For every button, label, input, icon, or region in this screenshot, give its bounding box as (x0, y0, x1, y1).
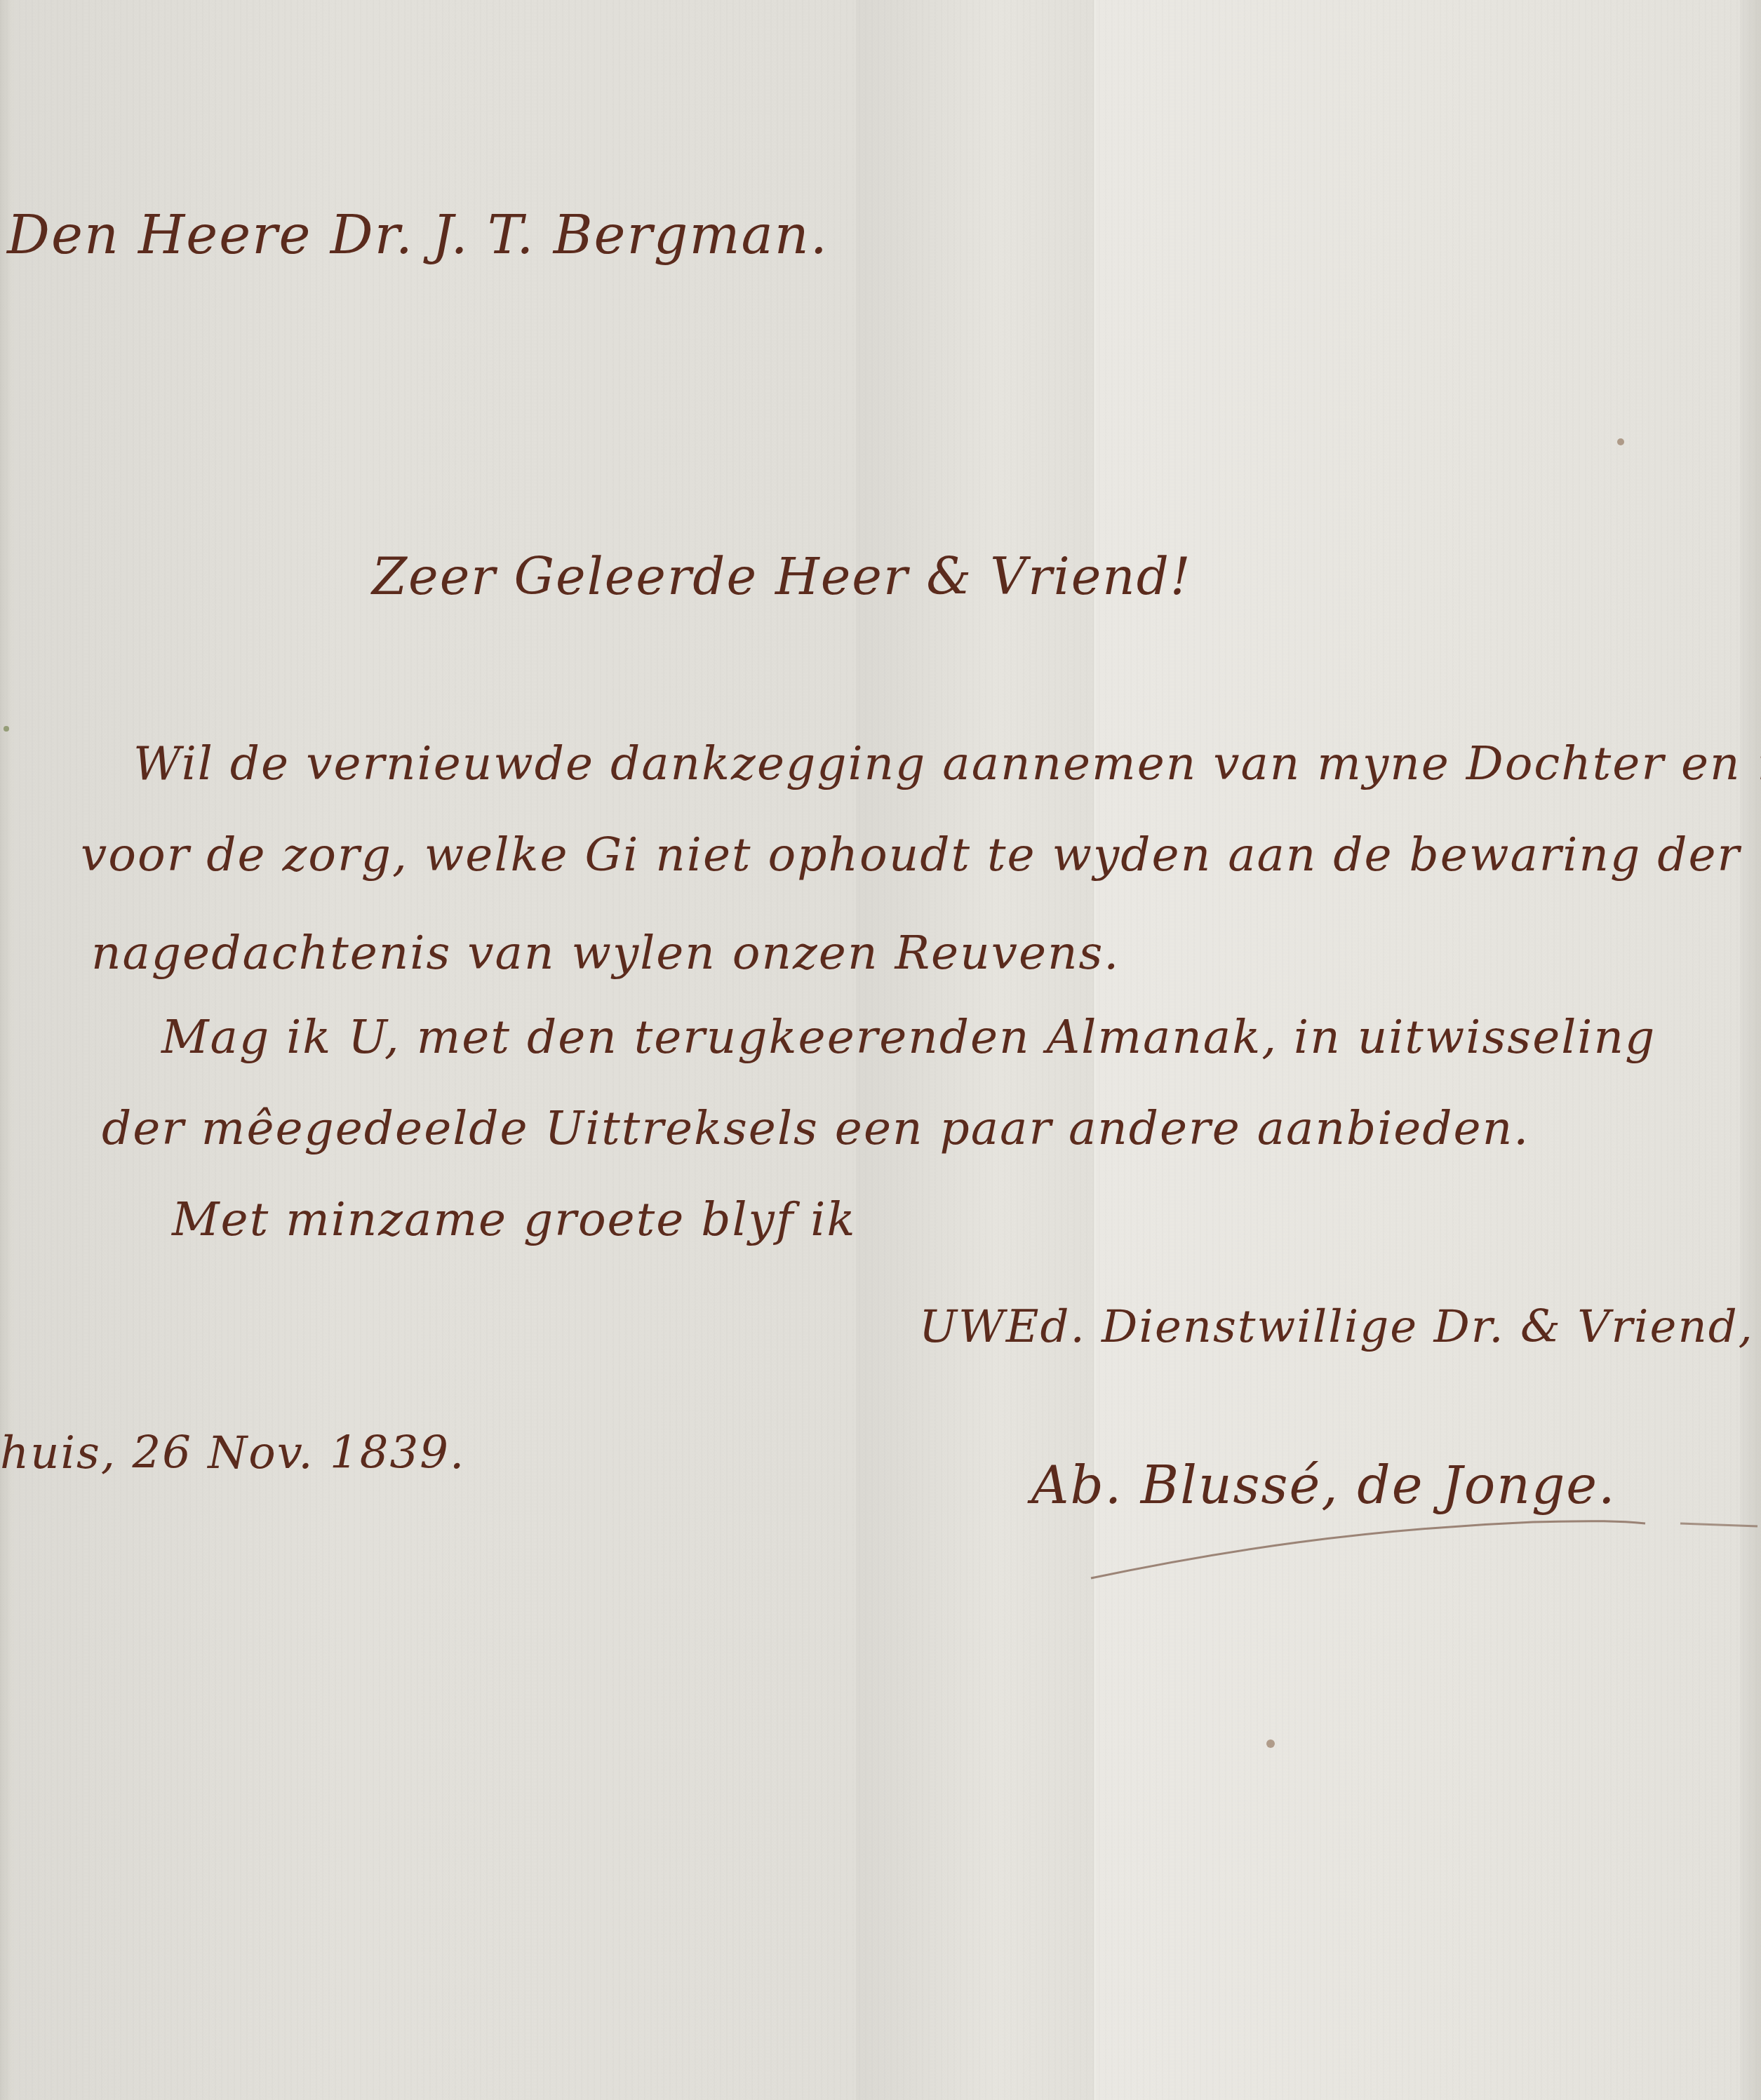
paper-edge-left (0, 0, 14, 2100)
body-line: der mêegedeelde Uittreksels een paar and… (102, 1101, 1529, 1155)
body-line: Met minzame groete blyf ik (172, 1192, 856, 1246)
body-line: Wil de vernieuwde dankzegging aannemen v… (133, 736, 1761, 790)
salutation: Zeer Geleerde Heer & Vriend! (372, 547, 1192, 606)
paper-speck (1617, 438, 1624, 445)
dateline: huis, 26 Nov. 1839. (0, 1427, 465, 1479)
signature: Ab. Blussé, de Jonge. (1031, 1455, 1616, 1516)
body-line: voor de zorg, welke Gi niet ophoudt te w… (81, 828, 1741, 882)
letter-sheet: Den Heere Dr. J. T. Bergman. Zeer Geleer… (0, 0, 1761, 2100)
signature-flourish-icon (1084, 1508, 1761, 1592)
paper-speck (1266, 1739, 1275, 1748)
paper-edge-right (1740, 0, 1761, 2100)
body-line: Mag ik U, met den terugkeerenden Almanak… (161, 1010, 1656, 1064)
body-line: nagedachtenis van wylen onzen Reuvens. (91, 926, 1120, 980)
closing-line: UWEd. Dienstwillige Dr. & Vriend, (919, 1301, 1754, 1353)
addressee-line: Den Heere Dr. J. T. Bergman. (7, 203, 829, 266)
paper-speck (4, 726, 9, 732)
